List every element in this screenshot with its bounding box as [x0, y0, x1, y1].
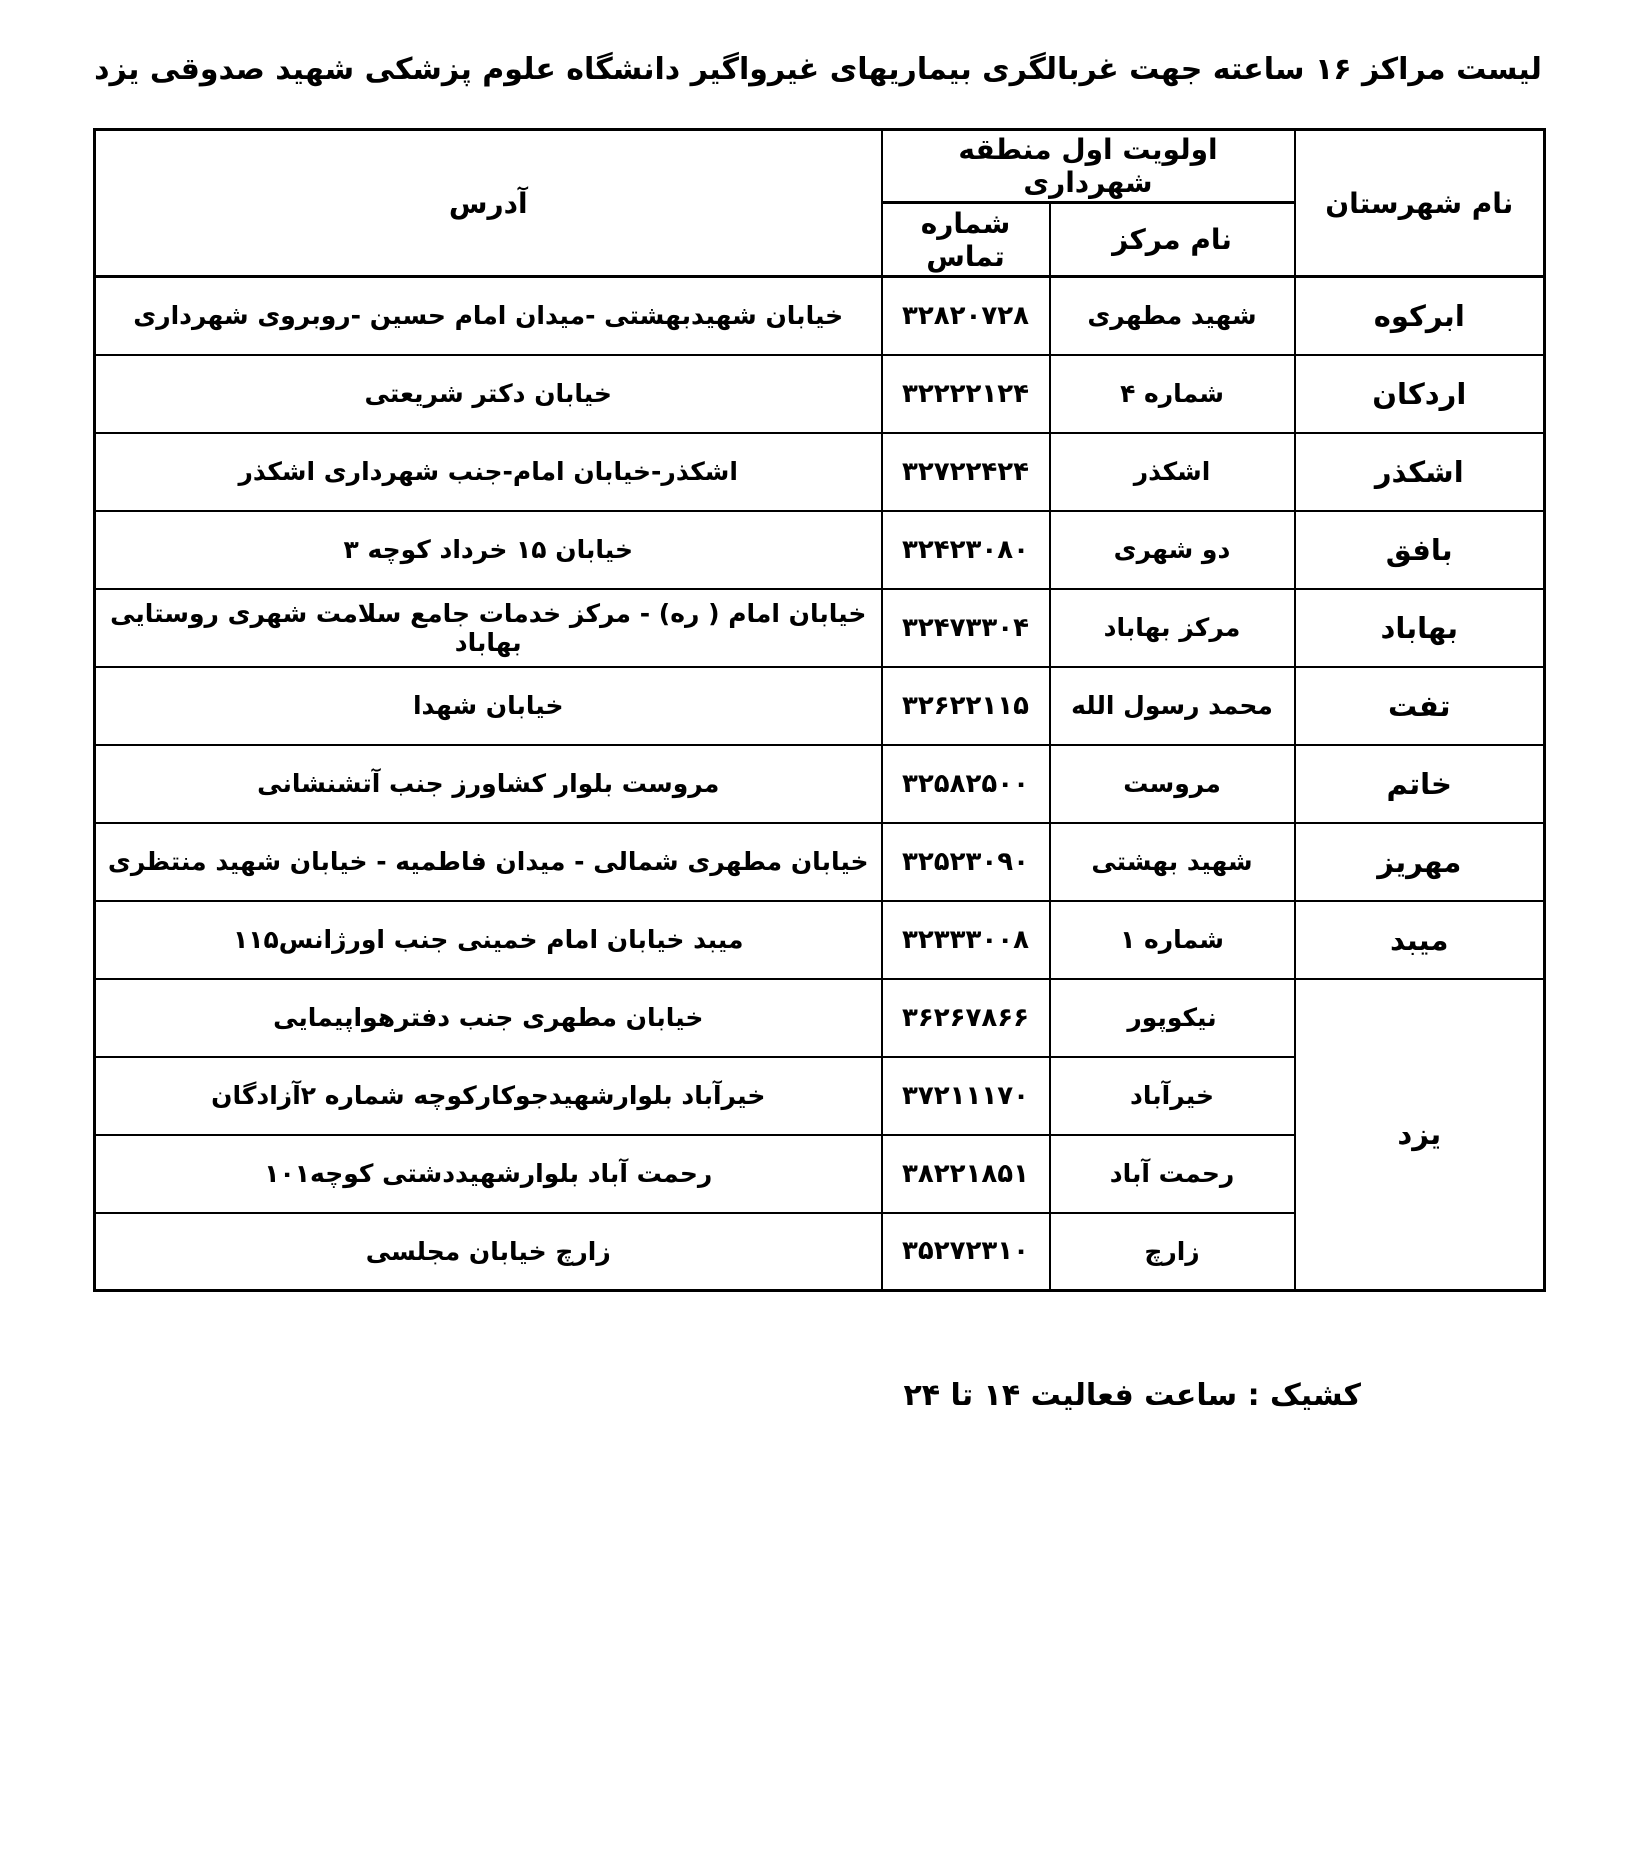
phone-cell: ۳۲۳۳۳۰۰۸ — [882, 901, 1050, 979]
address-cell: خیرآباد بلوارشهیدجوکارکوچه شماره ۲آزادگا… — [95, 1057, 882, 1135]
phone-cell: ۳۲۸۲۰۷۲۸ — [882, 277, 1050, 355]
city-cell: اشکذر — [1295, 433, 1545, 511]
phone-cell: ۳۵۲۷۲۳۱۰ — [882, 1213, 1050, 1291]
table-row: ابرکوه شهید مطهری ۳۲۸۲۰۷۲۸ خیابان شهیدبه… — [95, 277, 1545, 355]
table-row: بهاباد مرکز بهاباد ۳۲۴۷۳۳۰۴ خیابان امام … — [95, 589, 1545, 667]
address-cell: خیابان مطهری شمالی - میدان فاطمیه - خیاب… — [95, 823, 882, 901]
center-cell: خیرآباد — [1050, 1057, 1295, 1135]
phone-cell: ۳۲۵۲۳۰۹۰ — [882, 823, 1050, 901]
city-cell: میبد — [1295, 901, 1545, 979]
center-cell: شماره ۱ — [1050, 901, 1295, 979]
address-cell: میبد خیابان امام خمینی جنب اورژانس۱۱۵ — [95, 901, 882, 979]
address-cell: خیابان ۱۵ خرداد کوچه ۳ — [95, 511, 882, 589]
address-cell: زارچ خیابان مجلسی — [95, 1213, 882, 1291]
city-cell-yazd: یزد — [1295, 979, 1545, 1291]
city-cell: خاتم — [1295, 745, 1545, 823]
city-cell: مهریز — [1295, 823, 1545, 901]
address-cell: خیابان شهدا — [95, 667, 882, 745]
table-row: اشکذر اشکذر ۳۲۷۲۲۴۲۴ اشکذر-خیابان امام-ج… — [95, 433, 1545, 511]
table-row: مهریز شهید بهشتی ۳۲۵۲۳۰۹۰ خیابان مطهری ش… — [95, 823, 1545, 901]
table-row: میبد شماره ۱ ۳۲۳۳۳۰۰۸ میبد خیابان امام خ… — [95, 901, 1545, 979]
center-cell: شماره ۴ — [1050, 355, 1295, 433]
address-cell: خیابان امام ( ره) - مرکز خدمات جامع سلام… — [95, 589, 882, 667]
table-row: خاتم مروست ۳۲۵۸۲۵۰۰ مروست بلوار کشاورز ج… — [95, 745, 1545, 823]
table-row: اردکان شماره ۴ ۳۲۲۲۲۱۲۴ خیابان دکتر شریع… — [95, 355, 1545, 433]
header-address: آدرس — [95, 130, 882, 277]
phone-cell: ۳۷۲۱۱۱۷۰ — [882, 1057, 1050, 1135]
page-title: لیست مراکز ۱۶ ساعته جهت غربالگری بیماریه… — [93, 52, 1543, 87]
center-cell: مروست — [1050, 745, 1295, 823]
center-cell: اشکذر — [1050, 433, 1295, 511]
city-cell: تفت — [1295, 667, 1545, 745]
table-row: بافق دو شهری ۳۲۴۲۳۰۸۰ خیابان ۱۵ خرداد کو… — [95, 511, 1545, 589]
center-cell: شهید بهشتی — [1050, 823, 1295, 901]
city-cell: اردکان — [1295, 355, 1545, 433]
address-cell: خیابان مطهری جنب دفترهواپیمایی — [95, 979, 882, 1057]
header-center-name: نام مرکز — [1050, 203, 1295, 277]
city-cell: بهاباد — [1295, 589, 1545, 667]
city-cell: ابرکوه — [1295, 277, 1545, 355]
center-cell: زارچ — [1050, 1213, 1295, 1291]
table-row: یزد نیکوپور ۳۶۲۶۷۸۶۶ خیابان مطهری جنب دف… — [95, 979, 1545, 1057]
document-page: لیست مراکز ۱۶ ساعته جهت غربالگری بیماریه… — [0, 0, 1633, 1862]
phone-cell: ۳۲۶۲۲۱۱۵ — [882, 667, 1050, 745]
phone-cell: ۳۲۴۷۳۳۰۴ — [882, 589, 1050, 667]
table-row: تفت محمد رسول الله ۳۲۶۲۲۱۱۵ خیابان شهدا — [95, 667, 1545, 745]
address-cell: خیابان شهیدبهشتی -میدان امام حسین -روبرو… — [95, 277, 882, 355]
phone-cell: ۳۲۵۸۲۵۰۰ — [882, 745, 1050, 823]
center-cell: دو شهری — [1050, 511, 1295, 589]
center-cell: مرکز بهاباد — [1050, 589, 1295, 667]
phone-cell: ۳۸۲۲۱۸۵۱ — [882, 1135, 1050, 1213]
address-cell: رحمت آباد بلوارشهیددشتی کوچه۱۰۱ — [95, 1135, 882, 1213]
screening-centers-table: نام شهرستان اولویت اول منطقه شهرداری آدر… — [93, 128, 1546, 1292]
header-city: نام شهرستان — [1295, 130, 1545, 277]
address-cell: خیابان دکتر شریعتی — [95, 355, 882, 433]
header-row-1: نام شهرستان اولویت اول منطقه شهرداری آدر… — [95, 130, 1545, 203]
header-phone: شماره تماس — [882, 203, 1050, 277]
phone-cell: ۳۲۲۲۲۱۲۴ — [882, 355, 1050, 433]
center-cell: محمد رسول الله — [1050, 667, 1295, 745]
address-cell: مروست بلوار کشاورز جنب آتشنشانی — [95, 745, 882, 823]
address-cell: اشکذر-خیابان امام-جنب شهرداری اشکذر — [95, 433, 882, 511]
phone-cell: ۳۶۲۶۷۸۶۶ — [882, 979, 1050, 1057]
center-cell: نیکوپور — [1050, 979, 1295, 1057]
city-cell: بافق — [1295, 511, 1545, 589]
phone-cell: ۳۲۷۲۲۴۲۴ — [882, 433, 1050, 511]
phone-cell: ۳۲۴۲۳۰۸۰ — [882, 511, 1050, 589]
center-cell: شهید مطهری — [1050, 277, 1295, 355]
center-cell: رحمت آباد — [1050, 1135, 1295, 1213]
header-priority-group: اولویت اول منطقه شهرداری — [882, 130, 1295, 203]
shift-hours-note: کشیک : ساعت فعالیت ۱۴ تا ۲۴ — [903, 1378, 1361, 1413]
